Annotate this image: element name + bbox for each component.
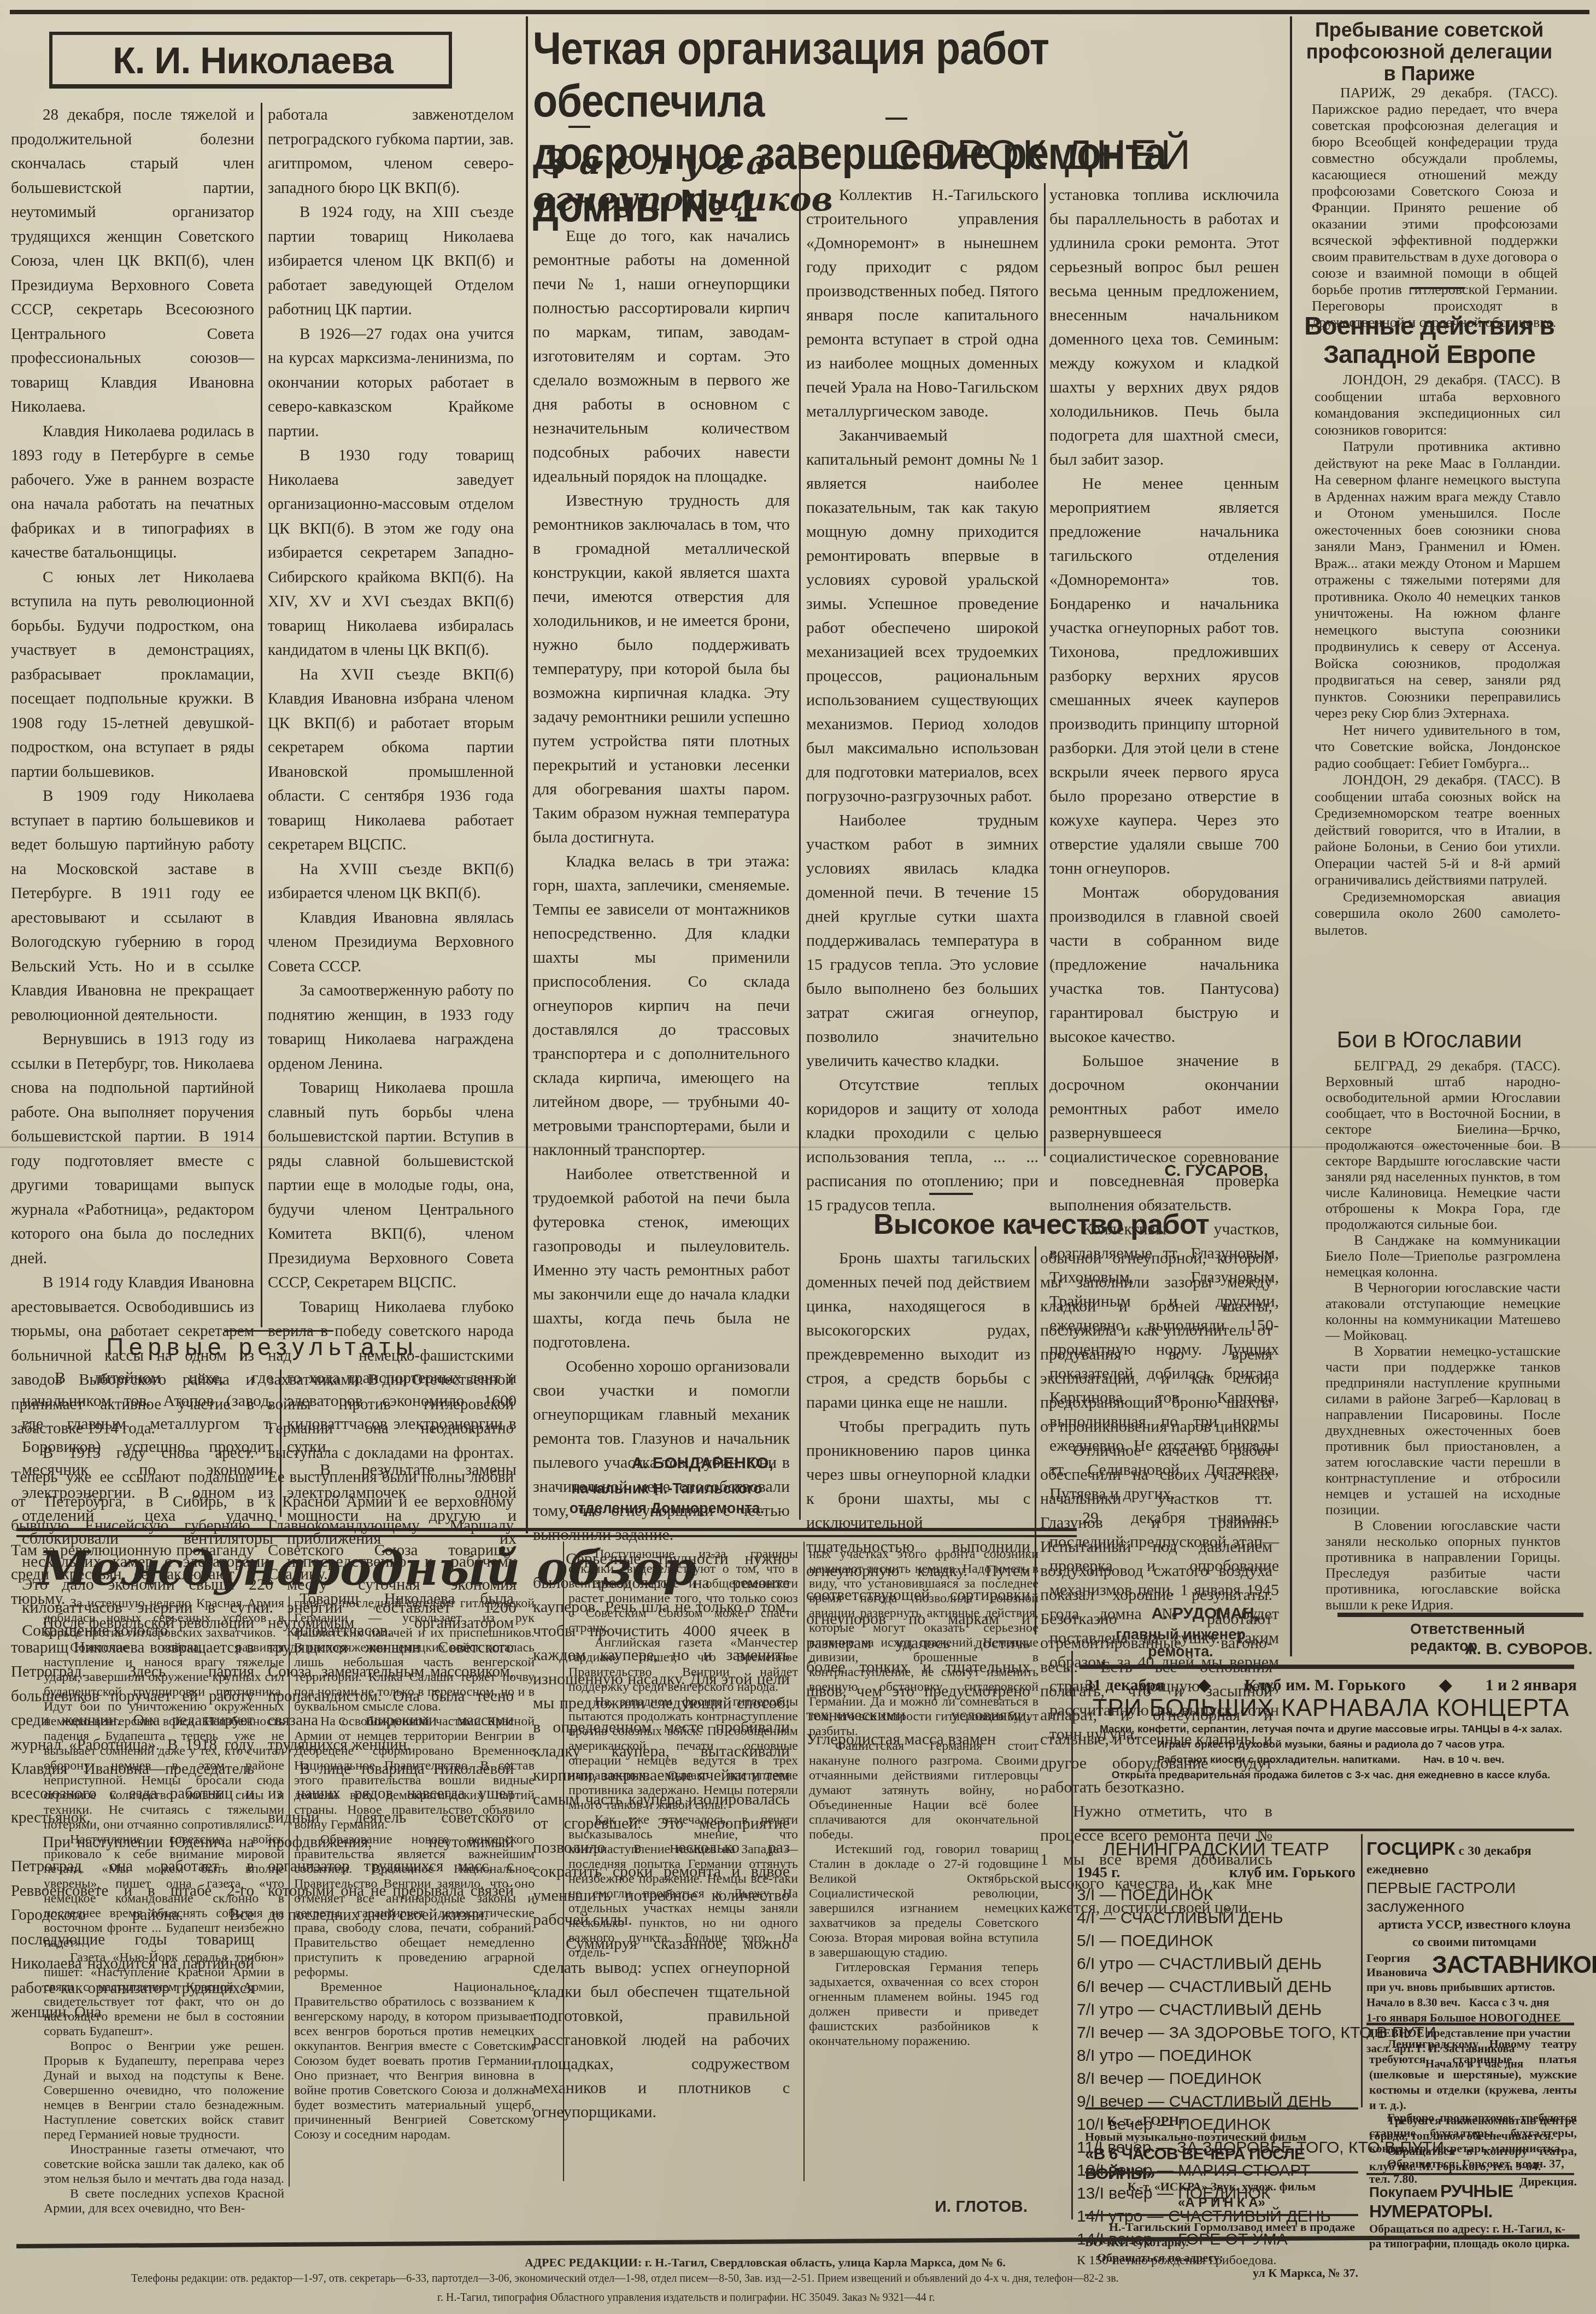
- paragraph: Коллектив Н.-Тагильского строительного у…: [806, 183, 1038, 424]
- first-results-title: Первые результаты: [11, 1334, 514, 1361]
- film-title: «А Р И Н К А»: [1085, 2195, 1358, 2211]
- paragraph: Наиболее ответственной и трудоемкой рабо…: [533, 1162, 790, 1355]
- paragraph: В Хорватии немецко-усташские части при п…: [1325, 1343, 1560, 1518]
- ad-border: [1085, 2171, 1358, 2174]
- paragraph: Отсутствие теплых коридоров и защиту от …: [806, 1073, 1038, 1217]
- paragraph: На западном фронте гитлеровцы пытаются п…: [568, 1695, 798, 1813]
- paragraph: Гитлеровская Германия теперь задыхается,…: [809, 1960, 1038, 2049]
- intl-review-column-4: ных участках этого фронта союзники начин…: [809, 1547, 1038, 2049]
- paragraph: Известную трудность для ремонтников закл…: [533, 489, 790, 850]
- paragraph: обычной огнеупорной, которой мы заполнил…: [1040, 1246, 1272, 1439]
- paragraph: Иностранные газеты отмечают, что советск…: [44, 2142, 284, 2187]
- dash-divider: [1410, 287, 1465, 289]
- paragraph: На XVII съезде ВКП(б) Клавдия Ивановна и…: [268, 663, 514, 857]
- cinema-name: К.-т. «ИСКРА»: [1128, 2180, 1207, 2193]
- yugoslavia-title: Бои в Югославии: [1298, 1027, 1560, 1053]
- paragraph: За самоотверженную работу по поднятию же…: [268, 979, 514, 1076]
- paragraph: Бронь шахты тагильских доменных печей по…: [806, 1246, 1030, 1415]
- paragraph: ЛОНДОН, 29 декабря. (ТАСС). В сообщении …: [1315, 772, 1560, 889]
- ad-text: Ленинградскому Новому театру требуются с…: [1369, 2036, 1577, 2113]
- paragraph: В 1909 году Николаева вступает в партию …: [11, 784, 254, 1027]
- ad-border: [1085, 2107, 1358, 2110]
- column-divider: [280, 1369, 281, 1517]
- paragraph: БЕЛГРАД, 29 декабря. (ТАСС). Верховный ш…: [1325, 1058, 1560, 1232]
- section-divider: [16, 1528, 1077, 1531]
- paragraph: Особенно хорошо организовали свои участк…: [533, 1355, 790, 1547]
- film-description: Звук. худож. фильм: [1211, 2180, 1316, 2193]
- column-divider: [1290, 16, 1292, 1656]
- circus-title: ГОСЦИРК: [1366, 1838, 1456, 1859]
- schedule-row: 4/I — СЧАСТЛИВЫЙ ДЕНЬ: [1077, 1907, 1356, 1930]
- paragraph: Вернувшись в 1913 году из ссылки в Петер…: [11, 1027, 254, 1270]
- paragraph: В 1926—27 годах она учится на курсах мар…: [268, 322, 514, 444]
- schedule-row: 3/I — ПОЕДИНОК: [1077, 1884, 1356, 1907]
- column-divider: [289, 1596, 290, 2187]
- ad-border: [1366, 2023, 1574, 2025]
- carnival-line: Играет оркестр духовой музыки, баяны и р…: [1085, 1737, 1577, 1753]
- schedule-row: 6/I утро — СЧАСТЛИВЫЙ ДЕНЬ: [1077, 1953, 1356, 1976]
- paragraph: Клавдия Николаева родилась в 1893 году в…: [11, 419, 254, 565]
- cinema-name: К.-т. «ГОРН»: [1085, 2113, 1358, 2129]
- carnival-ad: 31 декабря ◆ Клуб им. М. Горького ◆ 1 и …: [1085, 1676, 1577, 1783]
- iskra-cinema-ad: К.-т. «ИСКРА» Звук. худож. фильм «А Р И …: [1085, 2178, 1358, 2211]
- paragraph: Патрули противника активно действуют на …: [1315, 438, 1560, 722]
- column-divider: [1361, 1834, 1363, 2107]
- footer-phones: Телефоны редакции: отв. редактор—1-97, о…: [131, 2271, 1563, 2286]
- merit-signature-title: начальник Н.-Тагильского отделения Домно…: [547, 1479, 787, 1518]
- paragraph: В Санджаке на коммуникации Биело Поле—Тр…: [1325, 1232, 1560, 1280]
- paragraph: Товарищ Николаева прошла славный путь бо…: [268, 1076, 514, 1295]
- paragraph: За истекшую неделю Красная Армия добилас…: [44, 1596, 284, 1641]
- western-europe-body: ЛОНДОН, 29 декабря. (ТАСС). В сообщении …: [1315, 372, 1560, 939]
- paragraph: Монтаж оборудования производился в главн…: [1049, 881, 1279, 1049]
- paragraph: Еще до того, как начались ремонтные рабо…: [533, 224, 790, 489]
- quality-column-2: обычной огнеупорной, которой мы заполнил…: [1040, 1246, 1272, 1920]
- column-divider: [1071, 1651, 1073, 2219]
- forty-days-title: СОРОК ДНЕЙ: [806, 131, 1276, 179]
- paragraph: Образование нового венгерского правитель…: [294, 1832, 535, 1980]
- paragraph: работала завженотделом петроградского гу…: [268, 103, 514, 200]
- paragraph: Клавдия Ивановна являлась членом Президи…: [268, 906, 514, 979]
- carnival-venue: Клуб им. М. Горького: [1244, 1676, 1406, 1695]
- paragraph: Фашистская Германия стоит накануне полно…: [809, 1739, 1038, 1842]
- intl-review-column-1: За истекшую неделю Красная Армия добилас…: [44, 1596, 284, 2216]
- paragraph: грия — последний сателлит гитлеровской Г…: [294, 1596, 535, 1714]
- numerators-ad: Покупаем РУЧНЫЕ НУМЕРАТОРЫ. Обращаться п…: [1369, 2181, 1577, 2251]
- intl-review-column-3: Поступающие из-за границы отклики свидет…: [568, 1547, 798, 1960]
- paragraph: Временное Национальное Правительство обр…: [294, 1980, 535, 2142]
- quality-title: Высокое качество работ: [806, 1208, 1276, 1241]
- ad-text: Н.-Тагильский Гормолзавод имеет в продаж…: [1085, 2219, 1358, 2250]
- column-divider: [803, 1542, 805, 2181]
- film-description: Новый музыкально-поэтический фильм: [1085, 2129, 1358, 2145]
- clown-first-name: Георгия Ивановича: [1366, 1951, 1427, 1979]
- paragraph: Кладка велась в три этажа: горн, шахта, …: [533, 850, 790, 1162]
- schedule-row: 5/I — ПОЕДИНОК: [1077, 1930, 1356, 1953]
- column-divider: [799, 142, 801, 1520]
- top-border: [10, 10, 1589, 14]
- paragraph: Наиболее трудным участком работ в зимних…: [806, 809, 1038, 1073]
- merit-signature: А. БОНДАРЕНКО,: [533, 1454, 773, 1473]
- quality-signature-title: главный инженер ремонта.: [1088, 1626, 1274, 1660]
- paragraph: Нет ничего удивительного в том, что Сове…: [1315, 722, 1560, 772]
- diamond-icon: ◆: [1198, 1676, 1211, 1695]
- ad-text: Горбюро продкарточек требуются старшие б…: [1369, 2110, 1577, 2156]
- dash-divider: [885, 118, 907, 120]
- schedule-row: 9/I вечер — СЧАСТЛИВЫЙ ДЕНЬ: [1077, 2090, 1356, 2113]
- forty-days-signature: С. ГУСАРОВ,: [1049, 1162, 1268, 1180]
- dash-divider: [929, 1193, 973, 1195]
- footer-address: АДРЕС РЕДАКЦИИ: г. Н.-Тагил, Свердловска…: [525, 2255, 1563, 2270]
- western-europe-title: Военные действия в Западной Европе: [1298, 312, 1560, 368]
- theatre-venue: клуб им. Горького: [1229, 1862, 1356, 1884]
- ad-border: [1079, 1665, 1574, 1669]
- paragraph: го хода транспортерных лент и элеваторов…: [287, 1367, 517, 1458]
- carnival-date-left: 31 декабря: [1085, 1676, 1165, 1695]
- gorburo-ad: Горбюро продкарточек требуются старшие б…: [1369, 2110, 1577, 2187]
- obituary-title: К. И. Николаева: [49, 39, 456, 82]
- clown-last-name: ЗАСТАВНИКОВА: [1432, 1952, 1596, 1979]
- paragraph: В Черногории югославские части атаковали…: [1325, 1280, 1560, 1343]
- merit-title-line-1: Заслуга: [533, 142, 790, 182]
- schedule-row: 8/I вечер — ПОЕДИНОК: [1077, 2067, 1356, 2090]
- column-divider: [1044, 183, 1046, 1156]
- circus-line: ПЕРВЫЕ ГАСТРОЛИ заслуженного: [1366, 1879, 1582, 1916]
- paragraph: 28 декабря, после тяжелой и продолжитель…: [11, 103, 254, 419]
- paragraph: установка топлива исключила бы параллель…: [1049, 183, 1279, 472]
- circus-line: со своими питомцами: [1366, 1934, 1582, 1951]
- column-divider: [563, 1542, 564, 2181]
- paragraph: В Словении югославские части заняли неск…: [1325, 1518, 1560, 1613]
- ornament-divider: [224, 1330, 333, 1332]
- paragraph: С юных лет Николаева вступила на путь ре…: [11, 565, 254, 784]
- paragraph: Истекший год, говорил товарищ Сталин в д…: [809, 1842, 1038, 1960]
- intl-review-column-2: грия — последний сателлит гитлеровской Г…: [294, 1596, 535, 2142]
- schedule-row: 6/I вечер — СЧАСТЛИВЫЙ ДЕНЬ: [1077, 1976, 1356, 1999]
- paragraph: Средиземноморская авиация совершила окол…: [1315, 889, 1560, 939]
- ad-border: [1079, 1829, 1574, 1831]
- carnival-title: ТРИ БОЛЬШИХ КАРНАВАЛА КОНЦЕРТА: [1085, 1695, 1577, 1722]
- paragraph: Большое значение в досрочном окончании р…: [1049, 1049, 1279, 1217]
- paragraph: Газета «Нью-Йорк геральд трибюн» пишет: …: [44, 1950, 284, 2039]
- paragraph: Английская газета «Манчестер гардиан» пи…: [568, 1636, 798, 1695]
- paragraph: Советские войска, развивая наступление и…: [44, 1641, 284, 1832]
- ad-title-small: Покупаем: [1369, 2184, 1438, 2200]
- column-divider: [526, 16, 528, 1533]
- diamond-icon: ◆: [1439, 1676, 1452, 1695]
- footer-printer: г. Н.-Тагил, типография Областного управ…: [437, 2290, 1530, 2305]
- paragraph: В свете последних успехов Красной Армии,…: [44, 2187, 284, 2216]
- editor-name: А. В. СУВОРОВ.: [1465, 1640, 1593, 1659]
- theatre-year: 1945 г.: [1077, 1862, 1120, 1884]
- paragraph: ных участках этого фронта союзники начин…: [809, 1547, 1038, 1739]
- circus-line: Начало в 8.30 веч. Касса с 3 ч. дня: [1366, 1995, 1582, 2010]
- paragraph: На XVIII съезде ВКП(б) избирается членом…: [268, 857, 514, 906]
- paris-body: ПАРИЖ, 29 декабря. (ТАСС). Парижское рад…: [1312, 85, 1558, 331]
- paragraph: Поступающие из-за границы отклики свидет…: [568, 1547, 798, 1636]
- schedule-row: 8/I утро — ПОЕДИНОК: [1077, 2044, 1356, 2067]
- paragraph: Как уже отмечалось, в печати высказывало…: [568, 1813, 798, 1960]
- paragraph: Суммируя сказанное, можно сделать вывод:…: [533, 1932, 790, 2124]
- paragraph: ПАРИЖ, 29 декабря. (ТАСС). Парижское рад…: [1312, 85, 1558, 331]
- circus-line: при уч. вновь прибывших артистов.: [1366, 1979, 1582, 1995]
- paragraph: Вопрос о Венгрии уже решен. Прорыв к Буд…: [44, 2039, 284, 2142]
- carnival-line: Открыта предварительная продажа билетов …: [1085, 1768, 1577, 1783]
- dash-divider: [568, 126, 590, 128]
- schedule-row: 7/I утро — СЧАСТЛИВЫЙ ДЕНЬ: [1077, 1999, 1356, 2022]
- quality-signature: А. РУДОМАН,: [1040, 1604, 1259, 1623]
- circus-line: артиста УССР, известного клоуна: [1366, 1916, 1582, 1934]
- section-divider: [16, 1535, 1077, 1537]
- column-divider: [261, 103, 262, 1327]
- paragraph: В 1924 году, на XIII съезде партии товар…: [268, 200, 514, 322]
- paragraph: ЛОНДОН, 29 декабря. (ТАСС). В сообщении …: [1315, 372, 1560, 438]
- forty-days-column-1: Коллектив Н.-Тагильского строительного у…: [806, 183, 1038, 1217]
- merit-title-line-2: огнеупорщиков: [533, 180, 790, 219]
- paragraph: Наступление советских войск приковало к …: [44, 1832, 284, 1950]
- carnival-date-right: 1 и 2 января: [1486, 1676, 1577, 1695]
- yugoslavia-body: БЕЛГРАД, 29 декабря. (ТАСС). Верховный ш…: [1325, 1058, 1560, 1613]
- paragraph: В 1930 году товарищ Николаева заведует о…: [268, 443, 514, 663]
- headline-line: Четкая организация работ обеспечила: [533, 22, 1206, 127]
- section-divider: [1337, 1613, 1583, 1617]
- paragraph: Заканчиваемый капитальный ремонт домны №…: [806, 424, 1038, 809]
- intl-review-signature: И. ГЛОТОВ.: [885, 2198, 1028, 2216]
- paragraph: На освобожденной частями Красной Армии о…: [294, 1714, 535, 1832]
- paris-title: Пребывание советской профсоюзной делегац…: [1298, 19, 1560, 85]
- schedule-row: 7/I вечер — ЗА ЗДОРОВЬЕ ТОГО, КТО В ПУТИ: [1077, 2022, 1356, 2044]
- carnival-line: Маски, конфетти, серпантин, летучая почт…: [1085, 1722, 1577, 1737]
- carnival-line: Работают киоски с прохладительн. напитка…: [1085, 1753, 1577, 1768]
- paragraph: Не менее ценным мероприятием является пр…: [1049, 472, 1279, 881]
- theatre-title: ЛЕНИНГРАДСКИЙ ТЕАТР: [1077, 1837, 1356, 1862]
- ad-border: [1085, 2214, 1358, 2216]
